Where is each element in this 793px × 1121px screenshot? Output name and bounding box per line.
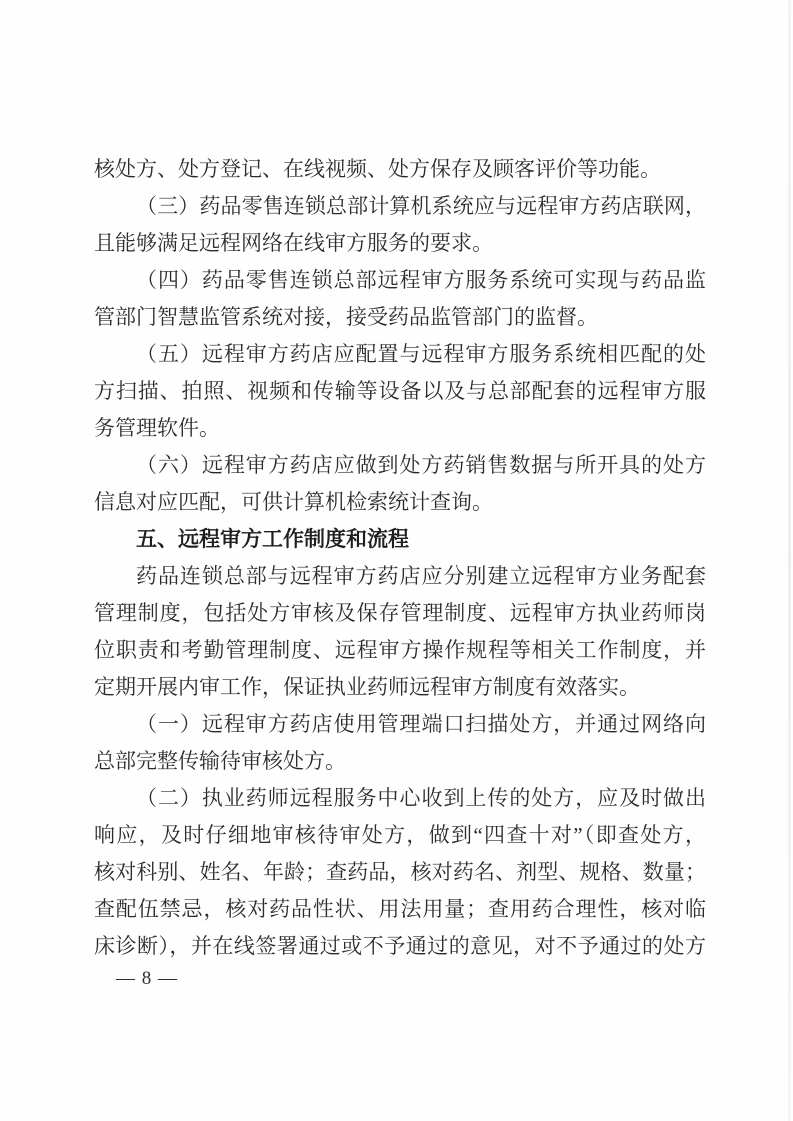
- text-line: 核处方、处方登记、在线视频、处方保存及顾客评价等功能。: [94, 151, 706, 188]
- text-line: 药品连锁总部与远程审方药店应分别建立远程审方业务配套: [94, 558, 706, 595]
- text-line: （六）远程审方药店应做到处方药销售数据与所开具的处方: [94, 447, 706, 484]
- text-line: 核对科别、姓名、年龄；查药品，核对药名、剂型、规格、数量；: [94, 854, 706, 891]
- text-line: （一）远程审方药店使用管理端口扫描处方，并通过网络向: [94, 706, 706, 743]
- text-line: 且能够满足远程网络在线审方服务的要求。: [94, 225, 706, 262]
- text-line: 响应，及时仔细地审核待审处方，做到“四查十对”（即查处方，: [94, 817, 706, 854]
- page-number: — 8 —: [116, 968, 178, 990]
- document-body: 核处方、处方登记、在线视频、处方保存及顾客评价等功能。（三）药品零售连锁总部计算…: [94, 151, 706, 965]
- text-line: 总部完整传输待审核处方。: [94, 743, 706, 780]
- document-page: 核处方、处方登记、在线视频、处方保存及顾客评价等功能。（三）药品零售连锁总部计算…: [0, 0, 793, 1121]
- text-line: 查配伍禁忌，核对药品性状、用法用量；查用药合理性，核对临: [94, 891, 706, 928]
- text-line: 管部门智慧监管系统对接，接受药品监管部门的监督。: [94, 299, 706, 336]
- text-line: 床诊断），并在线签署通过或不予通过的意见，对不予通过的处方: [94, 928, 706, 965]
- text-line: 信息对应匹配，可供计算机检索统计查询。: [94, 484, 706, 521]
- text-line: （二）执业药师远程服务中心收到上传的处方，应及时做出: [94, 780, 706, 817]
- text-line: 定期开展内审工作，保证执业药师远程审方制度有效落实。: [94, 669, 706, 706]
- text-line: 管理制度，包括处方审核及保存管理制度、远程审方执业药师岗: [94, 595, 706, 632]
- text-line: 位职责和考勤管理制度、远程审方操作规程等相关工作制度，并: [94, 632, 706, 669]
- text-line: 务管理软件。: [94, 410, 706, 447]
- text-line: （五）远程审方药店应配置与远程审方服务系统相匹配的处: [94, 336, 706, 373]
- text-line: （三）药品零售连锁总部计算机系统应与远程审方药店联网，: [94, 188, 706, 225]
- scan-artifact: [788, 0, 791, 1121]
- section-heading: 五、远程审方工作制度和流程: [94, 521, 706, 558]
- text-line: （四）药品零售连锁总部远程审方服务系统可实现与药品监: [94, 262, 706, 299]
- text-line: 方扫描、拍照、视频和传输等设备以及与总部配套的远程审方服: [94, 373, 706, 410]
